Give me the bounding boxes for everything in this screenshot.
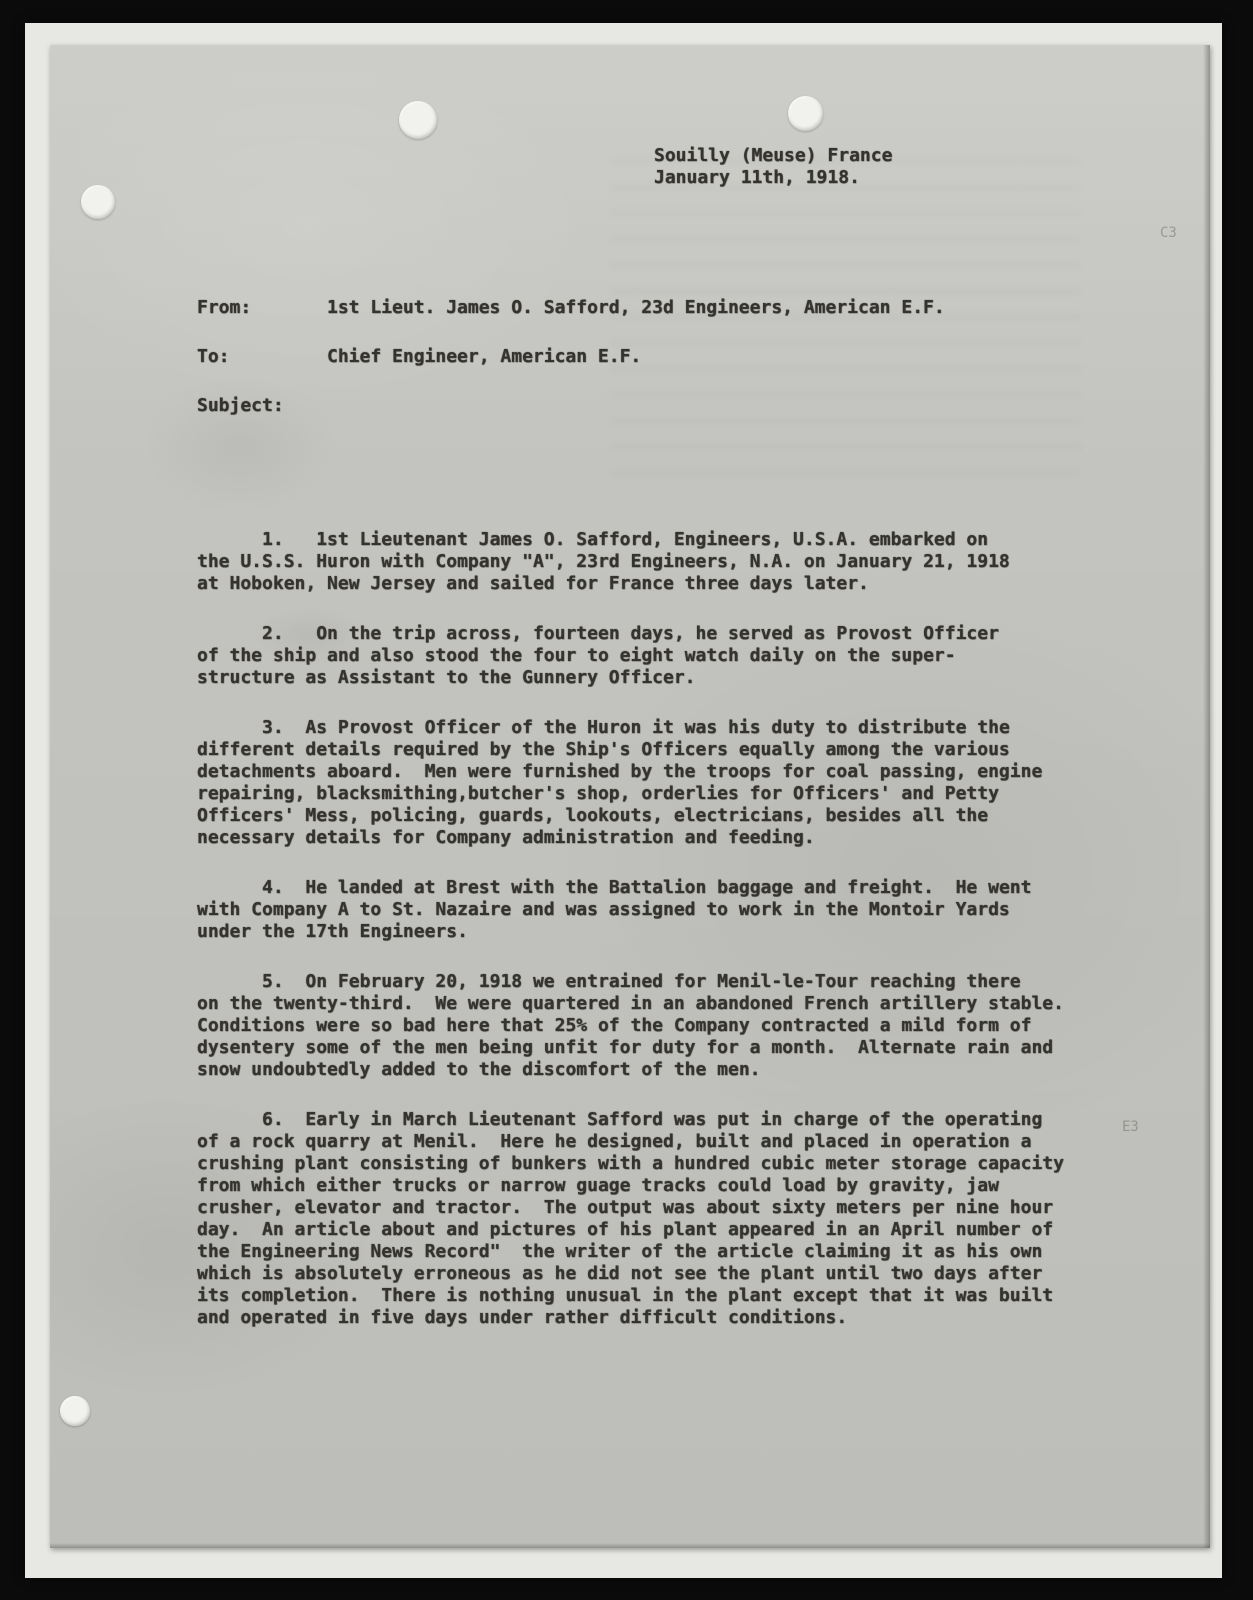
pencil-mark-e3: E3 [1122, 1119, 1139, 1135]
torn-paper-edge [1203, 45, 1210, 1548]
to-label: To: [197, 346, 327, 368]
letter-body: 1. 1st Lieutenant James O. Safford, Engi… [197, 529, 1147, 1357]
paragraph-1: 1. 1st Lieutenant James O. Safford, Engi… [197, 529, 1147, 595]
pencil-mark-c3: C3 [1160, 225, 1177, 241]
paragraph-2: 2. On the trip across, fourteen days, he… [197, 623, 1147, 689]
paragraph-5: 5. On February 20, 1918 we entrained for… [197, 971, 1147, 1081]
dateline: Souilly (Meuse) France January 11th, 191… [654, 145, 892, 189]
from-label: From: [197, 297, 327, 319]
from-row: From: 1st Lieut. James O. Safford, 23d E… [197, 297, 945, 319]
letter-page: Souilly (Meuse) France January 11th, 191… [50, 45, 1210, 1548]
paragraph-6: 6. Early in March Lieutenant Safford was… [197, 1109, 1147, 1329]
to-value: Chief Engineer, American E.F. [327, 346, 641, 368]
address-block: From: 1st Lieut. James O. Safford, 23d E… [197, 297, 945, 444]
paragraph-3: 3. As Provost Officer of the Huron it wa… [197, 717, 1147, 849]
punch-hole-bottom-left [60, 1396, 90, 1426]
to-row: To: Chief Engineer, American E.F. [197, 346, 945, 368]
subject-label: Subject: [197, 395, 327, 417]
punch-hole-left-edge [81, 185, 115, 219]
paper-bottom-shadow [50, 1543, 1210, 1548]
scanned-document-viewport: Souilly (Meuse) France January 11th, 191… [0, 0, 1253, 1600]
punch-hole-top-left [399, 101, 437, 139]
punch-hole-top-center [788, 96, 823, 131]
from-value: 1st Lieut. James O. Safford, 23d Enginee… [327, 297, 945, 319]
paragraph-4: 4. He landed at Brest with the Battalion… [197, 877, 1147, 943]
subject-row: Subject: [197, 395, 945, 417]
